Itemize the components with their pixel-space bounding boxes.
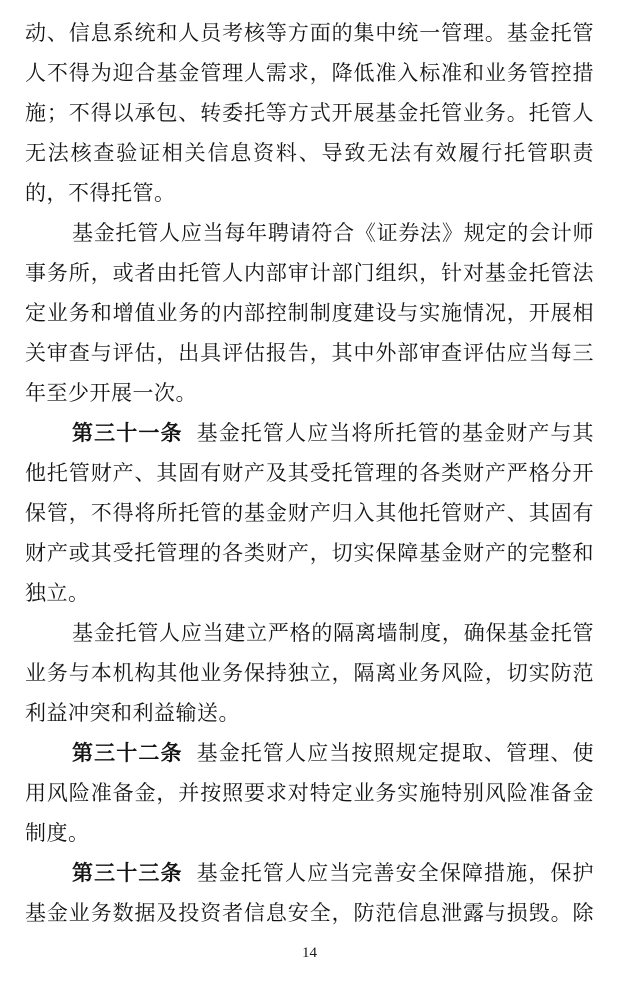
document-content: 动、信息系统和人员考核等方面的集中统一管理。基金托管人不得为迎合基金管理人需求，… bbox=[25, 13, 594, 933]
text-line: 动、信息系统和人员考核等方面的集中统一管理。基金托管 bbox=[25, 13, 594, 53]
text-line: 第三十一条基金托管人应当将所托管的基金财产与其 bbox=[25, 413, 594, 453]
text-line: 年至少开展一次。 bbox=[25, 373, 594, 413]
text-line: 人不得为迎合基金管理人需求，降低准入标准和业务管控措 bbox=[25, 53, 594, 93]
line-text: 基金托管人应当将所托管的基金财产与其 bbox=[197, 421, 594, 445]
text-line: 基金托管人应当每年聘请符合《证券法》规定的会计师 bbox=[25, 213, 594, 253]
text-line: 制度。 bbox=[25, 813, 594, 853]
text-line: 业务与本机构其他业务保持独立，隔离业务风险，切实防范 bbox=[25, 653, 594, 693]
text-line: 无法核查验证相关信息资料、导致无法有效履行托管职责 bbox=[25, 133, 594, 173]
text-line: 独立。 bbox=[25, 573, 594, 613]
text-line: 保管，不得将所托管的基金财产归入其他托管财产、其固有 bbox=[25, 493, 594, 533]
text-line: 基金托管人应当建立严格的隔离墙制度，确保基金托管 bbox=[25, 613, 594, 653]
article-number: 第三十一条 bbox=[72, 421, 183, 445]
text-line: 的，不得托管。 bbox=[25, 173, 594, 213]
text-line: 他托管财产、其固有财产及其受托管理的各类财产严格分开 bbox=[25, 453, 594, 493]
article-number: 第三十二条 bbox=[72, 741, 183, 765]
text-line: 第三十三条基金托管人应当完善安全保障措施，保护 bbox=[25, 853, 594, 893]
document-page: 动、信息系统和人员考核等方面的集中统一管理。基金托管人不得为迎合基金管理人需求，… bbox=[0, 0, 622, 982]
text-line: 第三十二条基金托管人应当按照规定提取、管理、使 bbox=[25, 733, 594, 773]
line-text: 基金托管人应当按照规定提取、管理、使 bbox=[197, 741, 594, 765]
text-line: 事务所，或者由托管人内部审计部门组织，针对基金托管法 bbox=[25, 253, 594, 293]
page-footer: 14 bbox=[25, 933, 594, 973]
page-number: 14 bbox=[302, 945, 317, 961]
text-line: 用风险准备金，并按照要求对特定业务实施特别风险准备金 bbox=[25, 773, 594, 813]
text-line: 基金业务数据及投资者信息安全，防范信息泄露与损毁。除 bbox=[25, 893, 594, 933]
text-line: 施；不得以承包、转委托等方式开展基金托管业务。托管人 bbox=[25, 93, 594, 133]
text-line: 定业务和增值业务的内部控制制度建设与实施情况，开展相 bbox=[25, 293, 594, 333]
text-line: 财产或其受托管理的各类财产，切实保障基金财产的完整和 bbox=[25, 533, 594, 573]
text-line: 利益冲突和利益输送。 bbox=[25, 693, 594, 733]
article-number: 第三十三条 bbox=[72, 861, 183, 885]
text-line: 关审查与评估，出具评估报告，其中外部审查评估应当每三 bbox=[25, 333, 594, 373]
line-text: 基金托管人应当完善安全保障措施，保护 bbox=[197, 861, 594, 885]
